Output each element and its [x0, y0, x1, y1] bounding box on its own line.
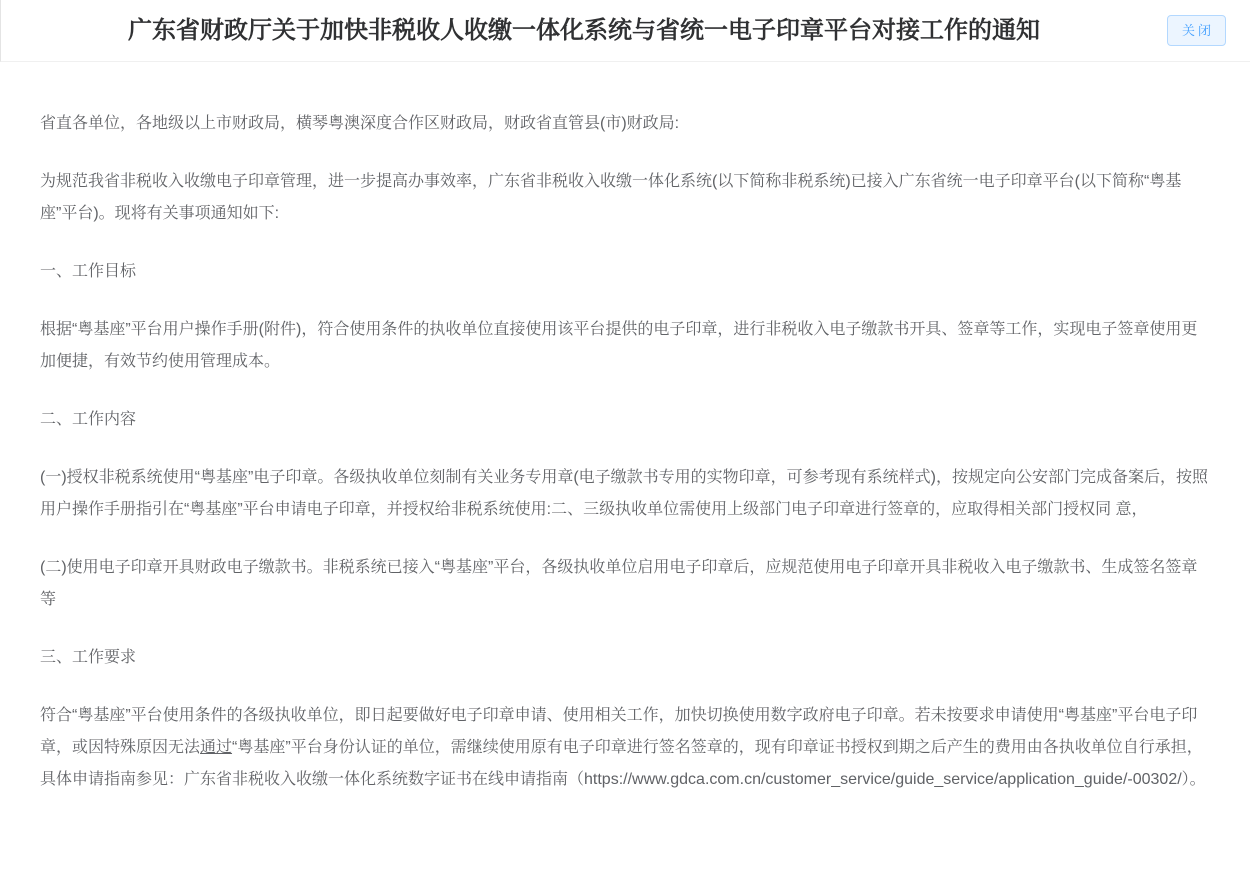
notice-body: 省直各单位，各地级以上市财政局，横琴粤澳深度合作区财政局，财政省直管县(市)财政…	[0, 62, 1250, 842]
section-heading-work-requirements: 三、工作要求	[40, 642, 1210, 674]
section-heading-work-goals: 一、工作目标	[40, 256, 1210, 288]
notice-title: 广东省财政厅关于加快非税收人收缴一体化系统与省统一电子印章平台对接工作的通知	[1, 0, 1167, 62]
intro-paragraph: 为规范我省非税收入收缴电子印章管理，进一步提高办事效率，广东省非税收入收缴一体化…	[40, 166, 1210, 230]
paragraph-authorize-seal: (一)授权非税系统使用“粤基座”电子印章。各级执收单位刻制有关业务专用章(电子缴…	[40, 462, 1210, 526]
dialog-header: 广东省财政厅关于加快非税收人收缴一体化系统与省统一电子印章平台对接工作的通知 关…	[0, 0, 1250, 62]
paragraph-work-requirements: 符合“粤基座”平台使用条件的各级执收单位，即日起要做好电子印章申请、使用相关工作…	[40, 700, 1210, 796]
close-button[interactable]: 关闭	[1167, 15, 1226, 46]
paragraph-work-goals: 根据“粤基座”平台用户操作手册(附件)，符合使用条件的执收单位直接使用该平台提供…	[40, 314, 1210, 378]
notice-dialog: 广东省财政厅关于加快非税收人收缴一体化系统与省统一电子印章平台对接工作的通知 关…	[0, 0, 1250, 892]
section-heading-work-content: 二、工作内容	[40, 404, 1210, 436]
salutation-paragraph: 省直各单位，各地级以上市财政局，横琴粤澳深度合作区财政局，财政省直管县(市)财政…	[40, 108, 1210, 140]
paragraph-use-seal: (二)使用电子印章开具财政电子缴款书。非税系统已接入“粤基座”平台，各级执收单位…	[40, 552, 1210, 616]
